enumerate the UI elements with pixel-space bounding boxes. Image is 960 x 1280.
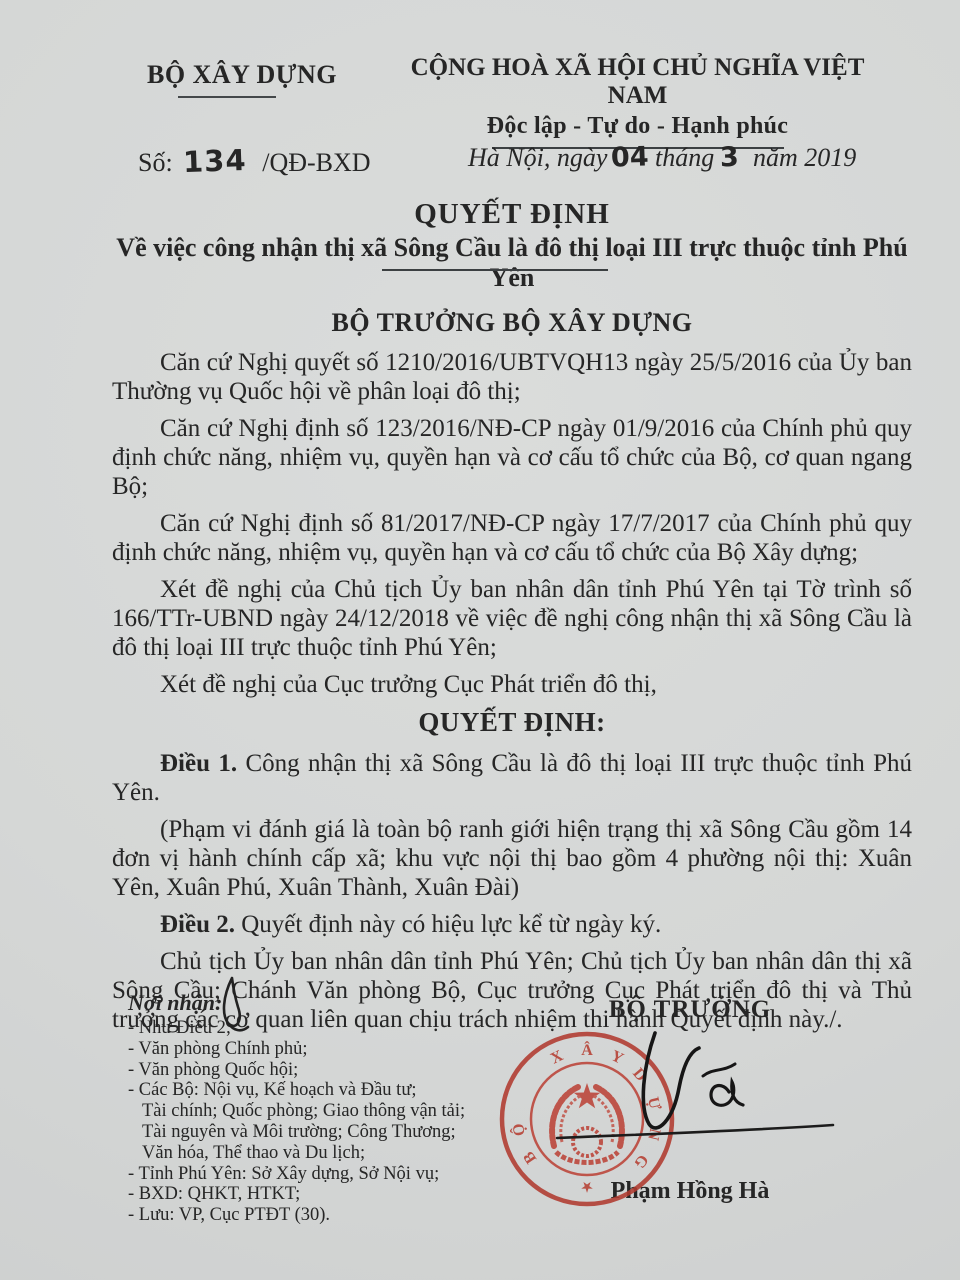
handwritten-day: 04 bbox=[611, 141, 650, 173]
agency-underline bbox=[178, 96, 276, 98]
recipient-item-continuation: Tài nguyên và Môi trường; Công Thương; bbox=[128, 1122, 548, 1143]
article-2: Điều 2.Quyết định này có hiệu lực kể từ … bbox=[112, 910, 912, 939]
article-1: Điều 1.Công nhận thị xã Sông Cầu là đô t… bbox=[112, 749, 912, 807]
recipient-item-continuation: Tài chính; Quốc phòng; Giao thông vận tả… bbox=[128, 1101, 548, 1122]
article-text: Quyết định này có hiệu lực kể từ ngày ký… bbox=[241, 911, 661, 938]
preamble-paragraph: Căn cứ Nghị quyết số 1210/2016/UBTVQH13 … bbox=[112, 348, 912, 406]
number-suffix: /QĐ-BXD bbox=[262, 148, 370, 177]
signature-main-stroke bbox=[643, 1033, 699, 1128]
signature-tilde-stroke bbox=[703, 1064, 735, 1076]
article-text: (Phạm vi đánh giá là toàn bộ ranh giới h… bbox=[112, 816, 912, 901]
decision-heading: QUYẾT ĐỊNH: bbox=[112, 707, 912, 737]
signature-underline-stroke bbox=[557, 1125, 833, 1138]
recipient-item: - Văn phòng Quốc hội; bbox=[128, 1060, 548, 1081]
document-title: QUYẾT ĐỊNH bbox=[112, 198, 912, 231]
signature-loop-stroke bbox=[711, 1082, 743, 1105]
recipient-item-continuation: Văn hóa, Thể thao và Du lịch; bbox=[128, 1143, 548, 1164]
handwritten-number: 134 bbox=[182, 143, 247, 179]
recipients-label: Nơi nhận: bbox=[128, 990, 548, 1016]
scanned-decision-document: BỘ XÂY DỰNG CỘNG HOÀ XÃ HỘI CHỦ NGHĨA VI… bbox=[0, 0, 960, 1280]
issuing-agency: BỘ XÂY DỰNG bbox=[142, 60, 342, 90]
recipient-item: - Văn phòng Chính phủ; bbox=[128, 1039, 548, 1060]
recipients-block: Nơi nhận: - Như Điều 2; - Văn phòng Chín… bbox=[128, 990, 548, 1226]
number-label: Số: bbox=[138, 148, 173, 177]
recipient-item: - Như Điều 2; bbox=[128, 1018, 548, 1039]
national-header: CỘNG HOÀ XÃ HỘI CHỦ NGHĨA VIỆT NAM Độc l… bbox=[380, 54, 895, 149]
national-motto: Độc lập - Tự do - Hạnh phúc bbox=[380, 113, 895, 140]
recipients-list: - Như Điều 2; - Văn phòng Chính phủ; - V… bbox=[128, 1018, 548, 1226]
seal-letter: B bbox=[520, 1148, 540, 1167]
preamble-paragraph: Căn cứ Nghị định số 81/2017/NĐ-CP ngày 1… bbox=[112, 509, 912, 567]
recipient-item: - BXD: QHKT, HTKT; bbox=[128, 1184, 548, 1205]
subject-underline bbox=[382, 269, 608, 271]
preamble-paragraph: Căn cứ Nghị định số 123/2016/NĐ-CP ngày … bbox=[112, 414, 912, 501]
republic-name: CỘNG HOÀ XÃ HỘI CHỦ NGHĨA VIỆT NAM bbox=[380, 54, 895, 110]
article-1-scope: (Phạm vi đánh giá là toàn bộ ranh giới h… bbox=[112, 815, 912, 902]
article-label: Điều 1. bbox=[160, 750, 245, 777]
initial-mark-stroke bbox=[224, 978, 248, 1030]
preamble-paragraph: Xét đề nghị của Chủ tịch Ủy ban nhân dân… bbox=[112, 575, 912, 662]
place-date-line: Hà Nội, ngày04tháng3năm 2019 bbox=[468, 142, 856, 173]
date-prefix: Hà Nội, ngày bbox=[468, 143, 607, 172]
document-body: Căn cứ Nghị quyết số 1210/2016/UBTVQH13 … bbox=[112, 348, 912, 1042]
document-number: Số:134/QĐ-BXD bbox=[138, 144, 371, 178]
handwritten-signature bbox=[545, 1012, 845, 1152]
handwritten-initial-mark bbox=[205, 972, 255, 1034]
issuer-title: BỘ TRƯỞNG BỘ XÂY DỰNG bbox=[112, 308, 912, 338]
article-label: Điều 2. bbox=[160, 911, 241, 938]
seal-letter: Ộ bbox=[509, 1122, 529, 1137]
seal-letter: G bbox=[630, 1151, 651, 1172]
handwritten-month: 3 bbox=[720, 142, 740, 174]
date-suffix: năm 2019 bbox=[753, 143, 856, 172]
seal-bottom-star-icon: ★ bbox=[580, 1178, 593, 1194]
preamble-paragraph: Xét đề nghị của Cục trưởng Cục Phát triể… bbox=[112, 670, 912, 699]
recipient-item: - Tỉnh Phú Yên: Sở Xây dựng, Sở Nội vụ; bbox=[128, 1164, 548, 1185]
recipient-item: - Các Bộ: Nội vụ, Kế hoạch và Đầu tư; bbox=[128, 1080, 548, 1101]
document-subject: Về việc công nhận thị xã Sông Cầu là đô … bbox=[112, 233, 912, 293]
recipient-item: - Lưu: VP, Cục PTĐT (30). bbox=[128, 1205, 548, 1226]
date-mid: tháng bbox=[655, 143, 714, 172]
